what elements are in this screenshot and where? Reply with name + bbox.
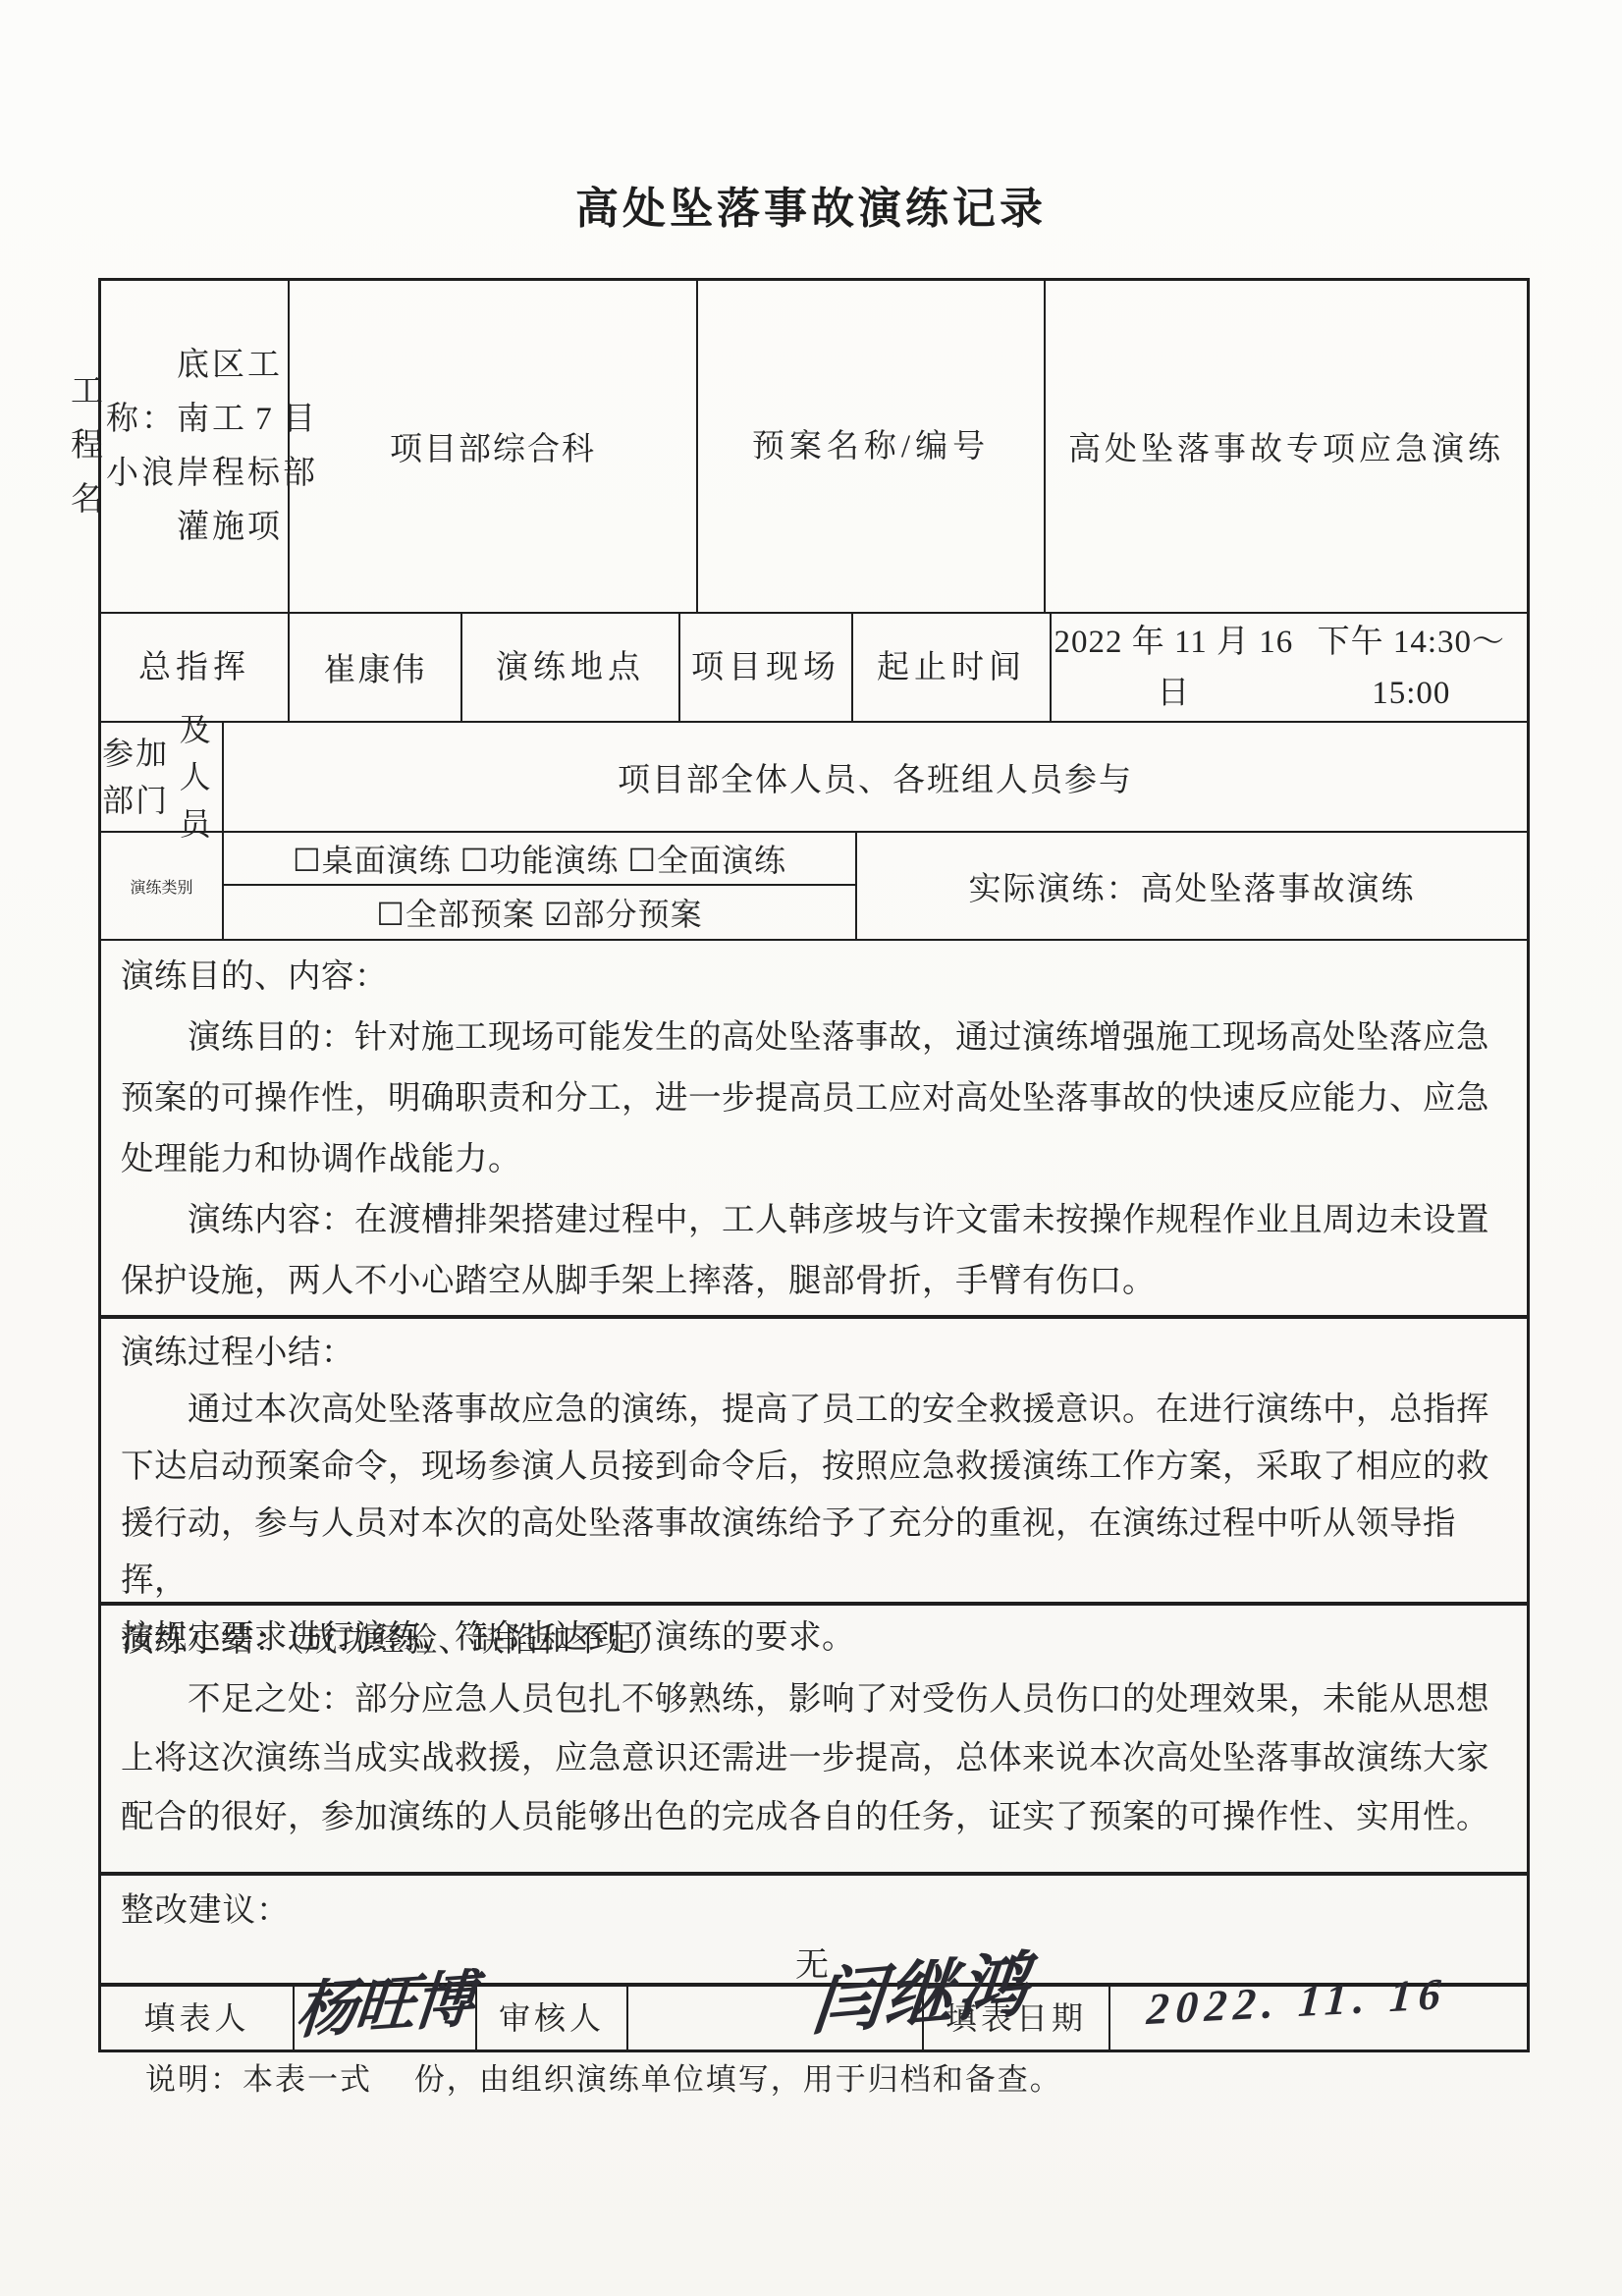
- drill-location-label: 演练地点: [462, 614, 680, 721]
- table-row-footer: 填表人 审核人 填表日期: [101, 1987, 1527, 2050]
- drill-record-table: 工程名称：小浪底南岸灌区工程施工 7 标项目部 项目部综合科 预案名称/编号 高…: [98, 278, 1530, 2052]
- department-cell: 项目部综合科: [290, 281, 698, 612]
- time-range-value: 2022 年 11 月 16 日下午 14:30～15:00: [1052, 614, 1527, 721]
- drill-category-label: 演练类别: [101, 833, 224, 939]
- reviewer-signature-cell: [628, 1987, 924, 2050]
- participants-value: 项目部全体人员、各班组人员参与: [224, 723, 1527, 831]
- table-row-commander: 总指挥 崔康伟 演练地点 项目现场 起止时间 2022 年 11 月 16 日下…: [101, 614, 1527, 723]
- reviewer-label: 审核人: [477, 1987, 628, 2050]
- plan-name-value: 高处坠落事故专项应急演练: [1046, 281, 1527, 612]
- section-process-summary: 演练过程小结： 通过本次高处坠落事故应急的演练，提高了员工的安全救援意识。在进行…: [101, 1319, 1527, 1606]
- section-suggestions: 整改建议： 无: [101, 1876, 1527, 1987]
- drill-location-value: 项目现场: [680, 614, 853, 721]
- fill-date-label: 填表日期: [924, 1987, 1110, 2050]
- project-name-cell: 工程名称：小浪底南岸灌区工程施工 7 标项目部: [101, 281, 290, 612]
- drill-category-options: ☐桌面演练 ☐功能演练 ☐全面演练 ☐全部预案 ☑部分预案: [224, 833, 857, 939]
- suggestions-header: 整改建议：: [121, 1884, 1505, 1939]
- commander-name: 崔康伟: [290, 614, 462, 721]
- filler-label: 填表人: [101, 1987, 295, 2050]
- instruction-note: 说明：本表一式 份，由组织演练单位填写，用于归档和备查。: [145, 2054, 1062, 2099]
- commander-label: 总指挥: [101, 614, 290, 721]
- filler-signature-cell: [295, 1987, 477, 2050]
- table-row-category: 演练类别 ☐桌面演练 ☐功能演练 ☐全面演练 ☐全部预案 ☑部分预案 实际演练：…: [101, 833, 1527, 941]
- participants-label: 参加部门及人员: [101, 723, 224, 831]
- fill-date-cell: [1110, 1987, 1527, 2050]
- table-row-participants: 参加部门及人员 项目部全体人员、各班组人员参与: [101, 723, 1527, 833]
- scanned-document-page: 高处坠落事故演练记录 工程名称：小浪底南岸灌区工程施工 7 标项目部 项目部综合…: [0, 0, 1622, 2296]
- time-range-label: 起止时间: [853, 614, 1052, 721]
- drill-type-checkbox-row: ☐桌面演练 ☐功能演练 ☐全面演练: [224, 833, 855, 886]
- table-row-project: 工程名称：小浪底南岸灌区工程施工 7 标项目部 项目部综合科 预案名称/编号 高…: [101, 281, 1527, 614]
- plan-scope-checkbox-row: ☐全部预案 ☑部分预案: [224, 886, 855, 939]
- suggestions-value: 无: [121, 1939, 1505, 1994]
- section-purpose-content: 演练目的、内容： 演练目的：针对施工现场可能发生的高处坠落事故，通过演练增强施工…: [101, 941, 1527, 1319]
- document-title: 高处坠落事故演练记录: [0, 173, 1622, 236]
- actual-drill-value: 实际演练：高处坠落事故演练: [857, 833, 1527, 939]
- plan-name-label: 预案名称/编号: [698, 281, 1046, 612]
